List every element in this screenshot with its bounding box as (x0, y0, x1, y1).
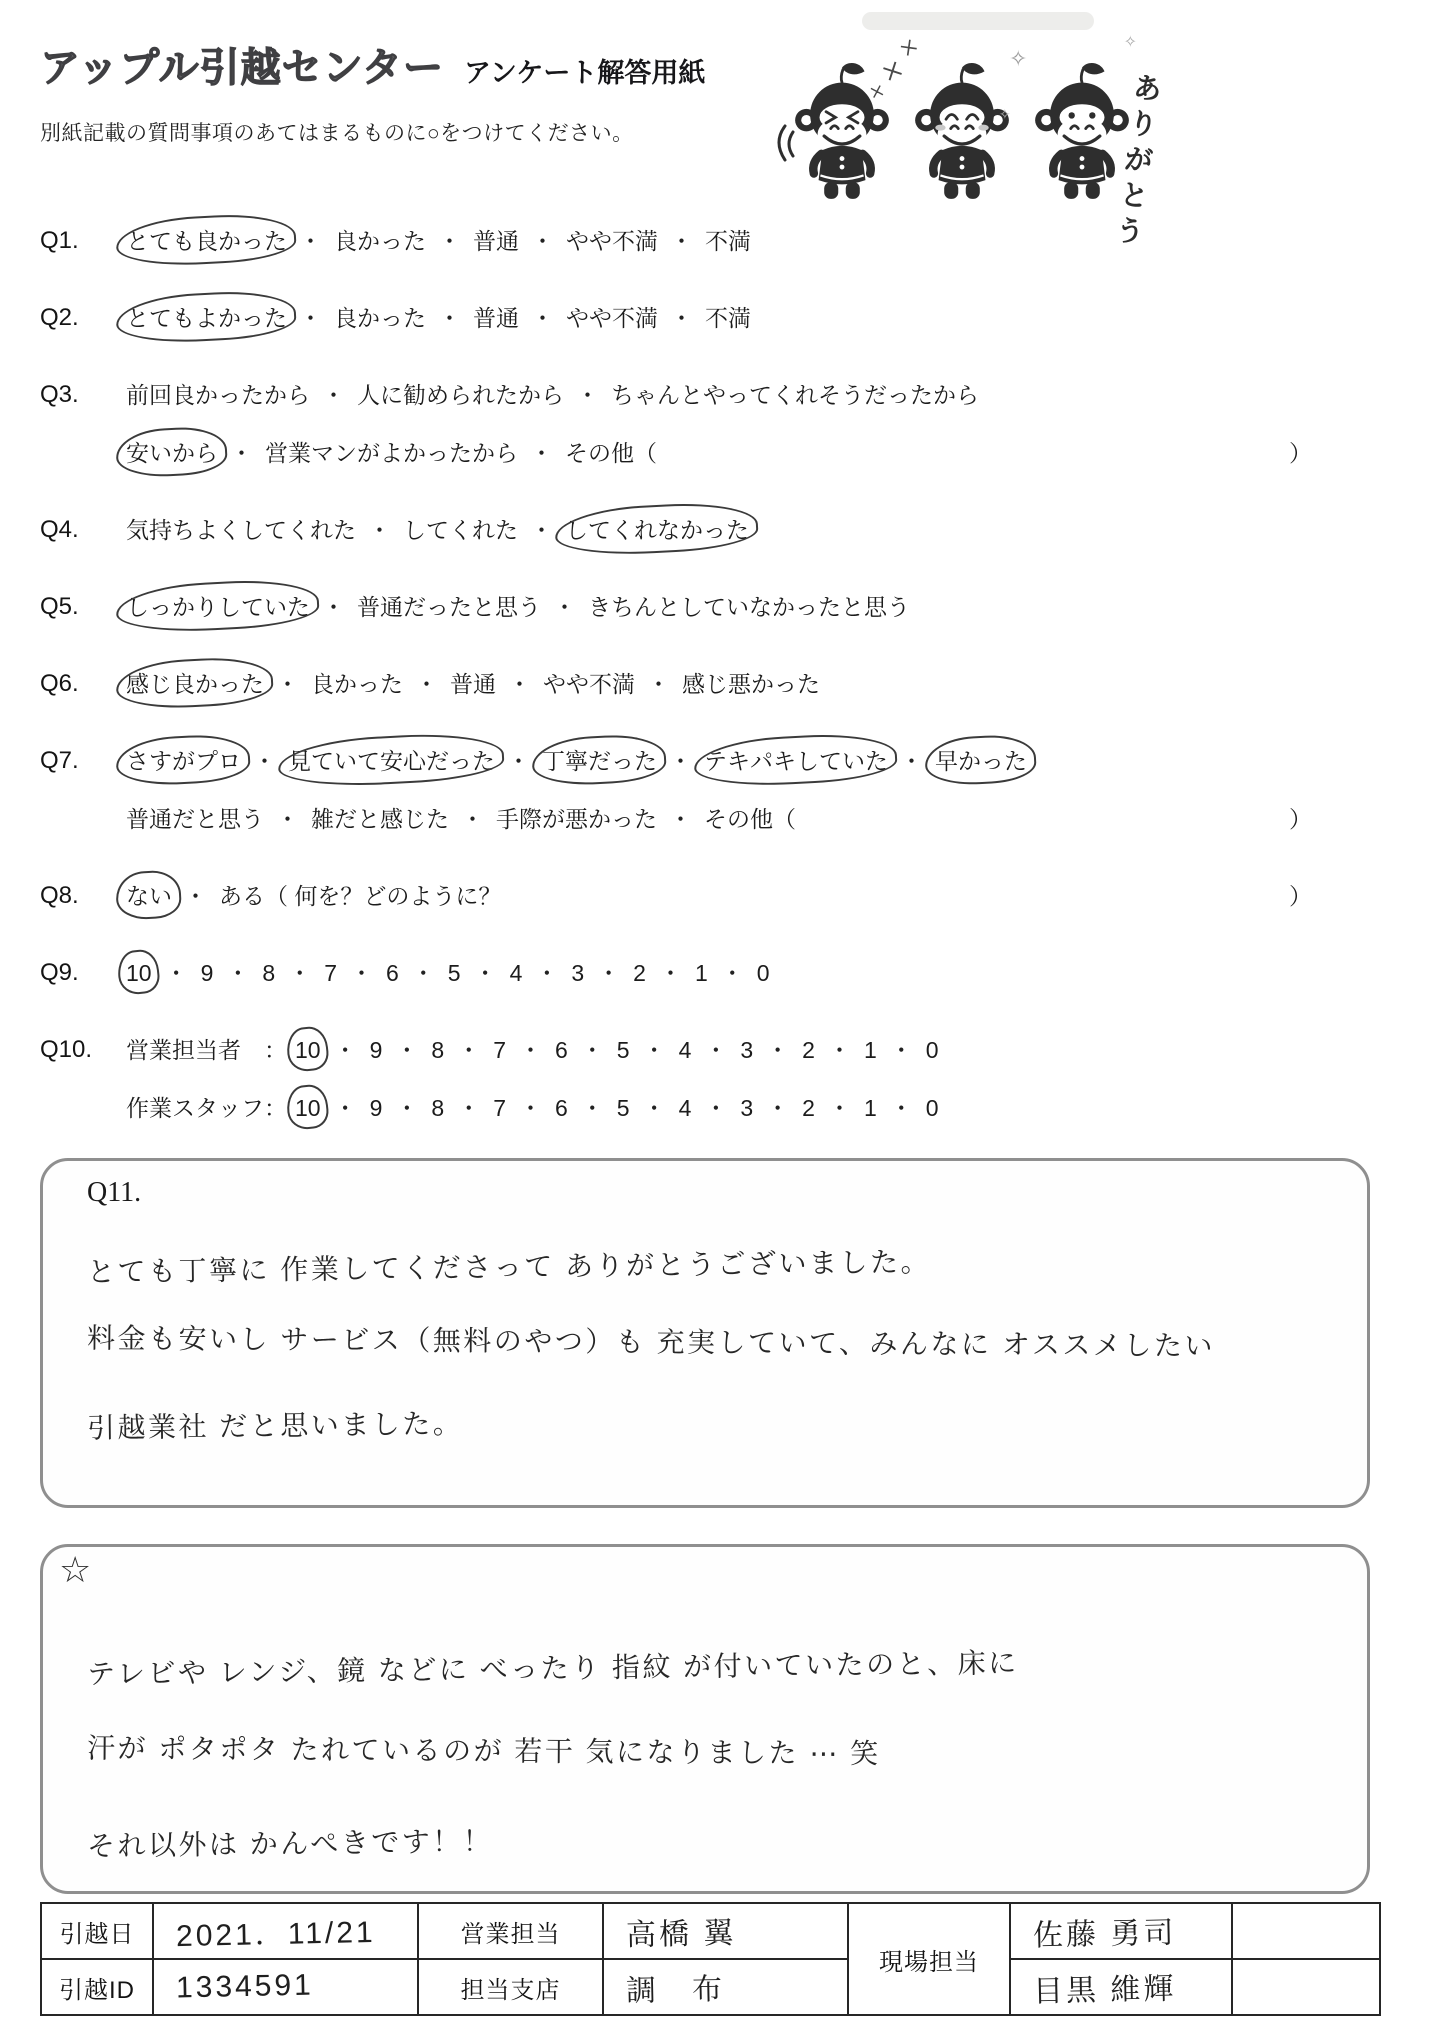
sparkle-icon: ✧ (1124, 32, 1137, 52)
option-circled: とても良かった (126, 225, 287, 257)
question-options-line: とてもよかった・良かった・普通・やや不満・不満 (126, 302, 1312, 334)
handwritten-line: テレビや レンジ、鏡 などに べったり 指紋 が付いていたのと、床に (87, 1637, 1329, 1696)
separator-dot: ・ (535, 957, 558, 989)
separator-dot: ・ (457, 1034, 480, 1066)
question-label: Q5. (40, 591, 126, 623)
separator-dot: ・ (669, 803, 692, 835)
scale-prefix: 作業スタッフ： (126, 1092, 287, 1124)
option: 1 (864, 1092, 877, 1124)
option: 普通だったと思う (357, 591, 541, 623)
question-options-line: 前回良かったから・人に勧められたから・ちゃんとやってくれそうだったから (126, 379, 1312, 411)
separator-dot: ・ (704, 1092, 727, 1124)
option: 2 (802, 1034, 815, 1066)
separator-dot: ・ (457, 1092, 480, 1124)
option: 7 (324, 957, 337, 989)
separator-dot: ・ (890, 1092, 913, 1124)
handwritten-line: それ以外は かんぺきです！！ (87, 1809, 1329, 1868)
option-circled: 10 (126, 957, 152, 989)
question-q2: Q2.とてもよかった・良かった・普通・やや不満・不満 (40, 302, 1312, 334)
option: 9 (370, 1034, 383, 1066)
question-label: Q1. (40, 225, 126, 257)
question-options-line: 気持ちよくしてくれた・してくれた・してくれなかった (126, 514, 1312, 546)
separator-dot: ・ (438, 302, 461, 334)
option: 3 (740, 1092, 753, 1124)
separator-dot: ・ (519, 1034, 542, 1066)
option: 6 (555, 1034, 568, 1066)
option: 雑だと感じた (311, 803, 449, 835)
option: 5 (617, 1092, 630, 1124)
option-circled: 10 (295, 1092, 321, 1124)
question-options-line: 安いから・営業マンがよかったから・その他（） (126, 437, 1312, 469)
monkey-shy-icon: ＋ ＋ ＋ (915, 62, 1009, 212)
option: 普通 (473, 225, 519, 257)
sales-rep-label: 営業担当 (418, 1903, 603, 1959)
site-staff-value-2: 目黒 維輝 (1010, 1959, 1232, 2015)
option: 9 (201, 957, 214, 989)
option: 2 (633, 957, 646, 989)
separator-dot: ・ (334, 1034, 357, 1066)
option-circled: 丁寧だった (542, 745, 657, 777)
separator-dot: ・ (165, 957, 188, 989)
option: やや不満 (543, 668, 635, 700)
option-circled: 感じ良かった (126, 668, 264, 700)
question-q3: Q3.前回良かったから・人に勧められたから・ちゃんとやってくれそうだったから安い… (40, 379, 1312, 469)
q11-handwritten-comment: とても丁寧に 作業してくださって ありがとうございました。料金も安いし サービス… (87, 1243, 1329, 1443)
separator-dot: ・ (474, 957, 497, 989)
question-q10: Q10.営業担当者 ：10・9・8・7・6・5・4・3・2・1・0作業スタッフ：… (40, 1034, 1312, 1124)
separator-dot: ・ (461, 803, 484, 835)
option: 4 (679, 1092, 692, 1124)
sparkle-icon: ✧ (1009, 46, 1027, 72)
option: 営業マンがよかったから (265, 437, 518, 469)
separator-dot: ・ (900, 745, 923, 777)
option: その他（ (565, 437, 657, 469)
question-q5: Q5.しっかりしていた・普通だったと思う・きちんとしていなかったと思う (40, 591, 1312, 623)
sparkle-plus-icon: ＋ (897, 31, 921, 63)
question-label: Q8. (40, 880, 126, 912)
separator-dot: ・ (766, 1034, 789, 1066)
separator-dot: ・ (276, 668, 299, 700)
separator-dot: ・ (322, 591, 345, 623)
q11-label: Q11. (87, 1177, 1329, 1209)
scale-prefix: 営業担当者 ： (126, 1034, 287, 1066)
separator-dot: ・ (581, 1034, 604, 1066)
separator-dot: ・ (226, 957, 249, 989)
separator-dot: ・ (553, 591, 576, 623)
option-circled: ない (126, 880, 172, 912)
separator-dot: ・ (288, 957, 311, 989)
question-options-line: 営業担当者 ：10・9・8・7・6・5・4・3・2・1・0 (126, 1034, 1312, 1066)
option: 6 (386, 957, 399, 989)
separator-dot: ・ (412, 957, 435, 989)
separator-dot: ・ (507, 745, 530, 777)
option: 不満 (705, 302, 751, 334)
option-circled: テキパキしていた (704, 745, 888, 777)
option: 前回良かったから (126, 379, 310, 411)
branch-label: 担当支店 (418, 1959, 603, 2015)
separator-dot: ・ (530, 437, 553, 469)
handwritten-line: とても丁寧に 作業してくださって ありがとうございました。 (87, 1235, 1329, 1294)
header: アップル引越センター アンケート解答用紙 (40, 36, 1393, 93)
question-q6: Q6.感じ良かった・良かった・普通・やや不満・感じ悪かった (40, 668, 1312, 700)
empty-cell (1232, 1959, 1380, 2015)
separator-dot: ・ (508, 668, 531, 700)
option: 良かった (311, 668, 403, 700)
option: 4 (679, 1034, 692, 1066)
separator-dot: ・ (531, 225, 554, 257)
separator-dot: ・ (669, 745, 692, 777)
separator-dot: ・ (395, 1092, 418, 1124)
separator-dot: ・ (828, 1034, 851, 1066)
separator-dot: ・ (647, 668, 670, 700)
option: 0 (926, 1034, 939, 1066)
separator-dot: ・ (299, 225, 322, 257)
separator-dot: ・ (597, 957, 620, 989)
option: 7 (493, 1034, 506, 1066)
question-q7: Q7.さすがプロ・見ていて安心だった・丁寧だった・テキパキしていた・早かった普通… (40, 745, 1312, 835)
q11-comment-box: Q11. とても丁寧に 作業してくださって ありがとうございました。料金も安いし… (40, 1158, 1370, 1508)
question-q9: Q9.10・9・8・7・6・5・4・3・2・1・0 (40, 957, 1312, 989)
mascot-row: ＋ ＋ ＋ ✧ ✧ ✧ (795, 62, 1129, 212)
option: 8 (431, 1092, 444, 1124)
option: きちんとしていなかったと思う (588, 591, 910, 623)
option: 7 (493, 1092, 506, 1124)
move-date-label: 引越日 (41, 1903, 153, 1959)
separator-dot: ・ (350, 957, 373, 989)
closing-paren: ） (1289, 437, 1312, 469)
question-options-line: ない・ある（ 何を？どのように？） (126, 880, 1312, 912)
separator-dot: ・ (704, 1034, 727, 1066)
separator-dot: ・ (322, 379, 345, 411)
site-staff-label: 現場担当 (848, 1903, 1010, 2015)
question-options-line: 普通だと思う・雑だと感じた・手際が悪かった・その他（） (126, 803, 1312, 835)
option-circled: しっかりしていた (126, 591, 310, 623)
page-title: アップル引越センター (40, 36, 444, 93)
option: 3 (740, 1034, 753, 1066)
question-options-line: さすがプロ・見ていて安心だった・丁寧だった・テキパキしていた・早かった (126, 745, 1312, 777)
question-options-line: 感じ良かった・良かった・普通・やや不満・感じ悪かった (126, 668, 1312, 700)
separator-dot: ・ (576, 379, 599, 411)
page-subtitle: アンケート解答用紙 (464, 51, 705, 93)
option-circled: 早かった (935, 745, 1027, 777)
separator-dot: ・ (670, 225, 693, 257)
separator-dot: ・ (368, 514, 391, 546)
option: 5 (617, 1034, 630, 1066)
separator-dot: ・ (438, 225, 461, 257)
option: 手際が悪かった (496, 803, 657, 835)
option-circled: 安いから (126, 437, 218, 469)
option: 8 (431, 1034, 444, 1066)
separator-dot: ・ (581, 1092, 604, 1124)
option-circled: 見ていて安心だった (288, 745, 495, 777)
option: 普通 (450, 668, 496, 700)
branch-value: 調 布 (603, 1959, 848, 2015)
separator-dot: ・ (670, 302, 693, 334)
question-options-line: 作業スタッフ：10・9・8・7・6・5・4・3・2・1・0 (126, 1092, 1312, 1124)
separator-dot: ・ (531, 302, 554, 334)
sparkle-icon: ✧ (999, 106, 1011, 123)
separator-dot: ・ (276, 803, 299, 835)
scan-artifact (862, 12, 1094, 30)
option: 5 (448, 957, 461, 989)
separator-dot: ・ (415, 668, 438, 700)
option: 感じ悪かった (682, 668, 820, 700)
option: やや不満 (566, 225, 658, 257)
option-circled: さすがプロ (126, 745, 241, 777)
separator-dot: ・ (230, 437, 253, 469)
option: してくれた (403, 514, 518, 546)
option: 1 (864, 1034, 877, 1066)
separator-dot: ・ (334, 1092, 357, 1124)
option: 普通 (473, 302, 519, 334)
question-label: Q6. (40, 668, 126, 700)
separator-dot: ・ (184, 880, 207, 912)
sales-rep-value: 高橋 翼 (603, 1903, 848, 1959)
separator-dot: ・ (519, 1092, 542, 1124)
option: 不満 (705, 225, 751, 257)
question-label: Q7. (40, 745, 126, 835)
footer-table: 引越日 2021．11/21 営業担当 高橋 翼 現場担当 佐藤 勇司 引越ID… (40, 1902, 1381, 2016)
question-label: Q4. (40, 514, 126, 546)
question-label: Q3. (40, 379, 126, 469)
question-options-line: しっかりしていた・普通だったと思う・きちんとしていなかったと思う (126, 591, 1312, 623)
star-handwritten-comment: テレビや レンジ、鏡 などに べったり 指紋 が付いていたのと、床に汗が ポタポ… (87, 1645, 1329, 1861)
separator-dot: ・ (643, 1092, 666, 1124)
move-id-label: 引越ID (41, 1959, 153, 2015)
option: やや不満 (566, 302, 658, 334)
option: その他（ (704, 803, 796, 835)
question-label: Q10. (40, 1034, 126, 1124)
separator-dot: ・ (299, 302, 322, 334)
instruction-text: 別紙記載の質問事項のあてはまるものに○をつけてください。 (40, 117, 1393, 147)
separator-dot: ・ (643, 1034, 666, 1066)
option: 3 (571, 957, 584, 989)
separator-dot: ・ (766, 1092, 789, 1124)
handwritten-line: 料金も安いし サービス（無料のやつ）も 充実していて、みんなに オススメしたい (87, 1317, 1329, 1370)
handwritten-line: 汗が ポタポタ たれているのが 若干 気になりました ⋯ 笑 (87, 1727, 1329, 1780)
option: 1 (695, 957, 708, 989)
question-list: Q1.とても良かった・良かった・普通・やや不満・不満Q2.とてもよかった・良かっ… (40, 225, 1312, 1124)
separator-dot: ・ (828, 1092, 851, 1124)
option: 0 (926, 1092, 939, 1124)
option: 良かった (334, 302, 426, 334)
option: 気持ちよくしてくれた (126, 514, 356, 546)
star-comment-box: ☆ テレビや レンジ、鏡 などに べったり 指紋 が付いていたのと、床に汗が ポ… (40, 1544, 1370, 1894)
question-q4: Q4.気持ちよくしてくれた・してくれた・してくれなかった (40, 514, 1312, 546)
star-icon: ☆ (59, 1549, 91, 1591)
option: 6 (555, 1092, 568, 1124)
option: 普通だと思う (126, 803, 264, 835)
separator-dot: ・ (890, 1034, 913, 1066)
closing-paren: ） (1289, 803, 1312, 835)
option: 4 (510, 957, 523, 989)
empty-cell (1232, 1903, 1380, 1959)
option: 良かった (334, 225, 426, 257)
question-label: Q9. (40, 957, 126, 989)
option-circled: とてもよかった (126, 302, 287, 334)
option: 人に勧められたから (357, 379, 564, 411)
separator-dot: ・ (530, 514, 553, 546)
option: ある（ 何を？どのように？ (219, 880, 501, 912)
separator-dot: ・ (253, 745, 276, 777)
site-staff-value-1: 佐藤 勇司 (1010, 1903, 1232, 1959)
option: 2 (802, 1092, 815, 1124)
closing-paren: ） (1289, 880, 1312, 912)
option-circled: してくれなかった (565, 514, 749, 546)
move-id-value: 1334591 (153, 1959, 418, 2015)
question-q8: Q8.ない・ある（ 何を？どのように？） (40, 880, 1312, 912)
separator-dot: ・ (721, 957, 744, 989)
question-label: Q2. (40, 302, 126, 334)
move-date-value: 2021．11/21 (153, 1903, 418, 1959)
option: 0 (757, 957, 770, 989)
question-options-line: 10・9・8・7・6・5・4・3・2・1・0 (126, 957, 1312, 989)
option: 8 (262, 957, 275, 989)
option: ちゃんとやってくれそうだったから (611, 379, 979, 411)
separator-dot: ・ (395, 1034, 418, 1066)
handwritten-line: 引越業社 だと思いました。 (87, 1391, 1329, 1450)
option: 9 (370, 1092, 383, 1124)
option-circled: 10 (295, 1034, 321, 1066)
separator-dot: ・ (659, 957, 682, 989)
